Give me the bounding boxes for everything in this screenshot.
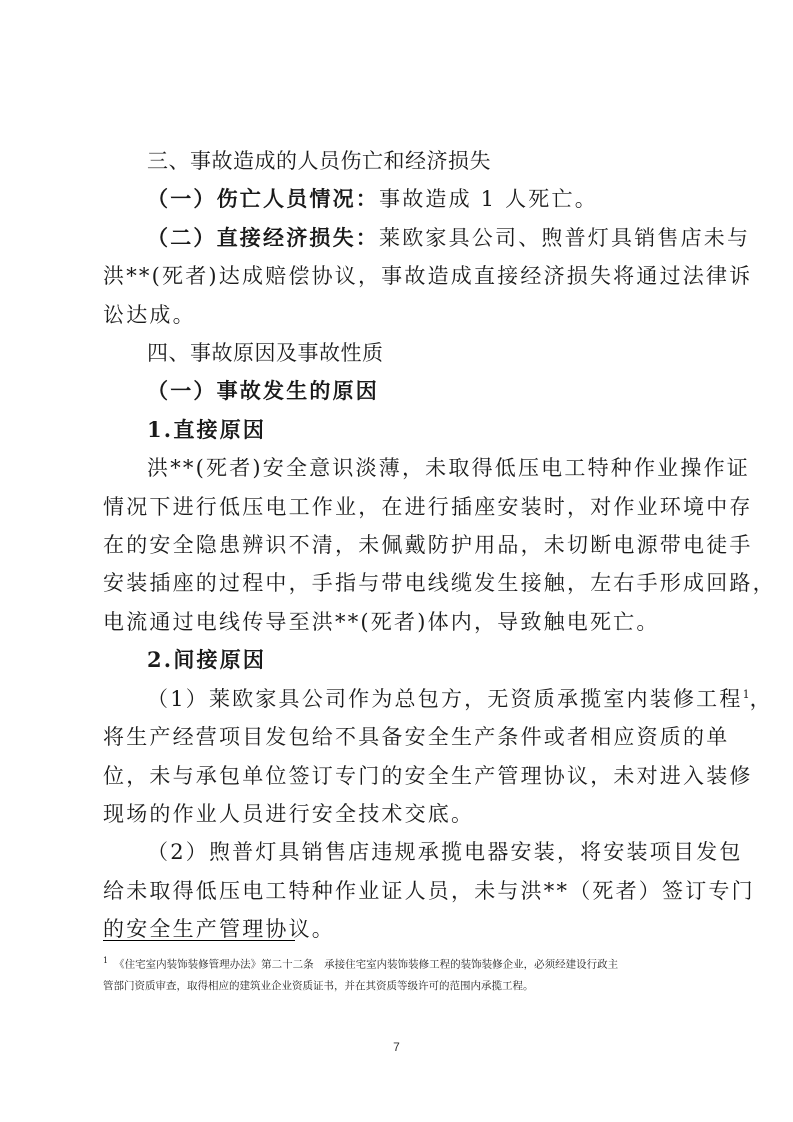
footnote-line-1: 1《住宅室内装饰装修管理办法》第二十二条 承接住宅室内装饰装修工程的装饰装修企业… bbox=[103, 950, 693, 976]
indirect-item1-line-4: 现场的作业人员进行安全技术交底。 bbox=[103, 795, 691, 833]
economic-loss-label: （二）直接经济损失： bbox=[147, 225, 379, 250]
footnote-ref[interactable]: 1 bbox=[743, 688, 750, 701]
indirect-item2-line-3: 的安全生产管理协议。 bbox=[103, 910, 691, 948]
indirect-item1-text: （1）莱欧家具公司作为总包方，无资质承揽室内装修工程 bbox=[147, 687, 743, 711]
casualties-paragraph: （一）伤亡人员情况：事故造成 1 人死亡。 bbox=[103, 180, 691, 218]
indirect-item2-line-1: （2）煦普灯具销售店违规承揽电器安装，将安装项目发包 bbox=[103, 833, 691, 871]
direct-cause-heading: 1.直接原因 bbox=[103, 411, 691, 449]
section-heading-3: 三、事故造成的人员伤亡和经济损失 bbox=[103, 142, 691, 180]
section-heading-4: 四、事故原因及事故性质 bbox=[103, 334, 691, 372]
footnote: 1《住宅室内装饰装修管理办法》第二十二条 承接住宅室内装饰装修工程的装饰装修企业… bbox=[103, 950, 693, 997]
economic-loss-line-2: 洪**(死者)达成赔偿协议，事故造成直接经济损失将通过法律诉 bbox=[103, 257, 691, 295]
direct-cause-line-2: 情况下进行低压电工作业，在进行插座安装时，对作业环境中存 bbox=[103, 488, 691, 526]
footnote-number: 1 bbox=[103, 956, 108, 965]
document-body: 三、事故造成的人员伤亡和经济损失 （一）伤亡人员情况：事故造成 1 人死亡。 （… bbox=[103, 142, 691, 949]
footnote-text-1: 《住宅室内装饰装修管理办法》第二十二条 承接住宅室内装饰装修工程的装饰装修企业，… bbox=[114, 959, 618, 971]
casualties-label: （一）伤亡人员情况： bbox=[147, 186, 379, 211]
economic-loss-line-1: （二）直接经济损失：莱欧家具公司、煦普灯具销售店未与 bbox=[103, 219, 691, 257]
page-number: 7 bbox=[0, 1040, 793, 1054]
indirect-cause-heading: 2.间接原因 bbox=[103, 641, 691, 679]
indirect-item2-line-2: 给未取得低压电工特种作业证人员，未与洪**（死者）签订专门 bbox=[103, 872, 691, 910]
direct-cause-line-1: 洪**(死者)安全意识淡薄，未取得低压电工特种作业操作证 bbox=[103, 449, 691, 487]
casualties-text: 事故造成 1 人死亡。 bbox=[379, 187, 598, 211]
direct-cause-line-4: 安装插座的过程中，手指与带电线缆发生接触，左右手形成回路， bbox=[103, 564, 691, 602]
indirect-item1-line-3: 位，未与承包单位签订专门的安全生产管理协议，未对进入装修 bbox=[103, 757, 691, 795]
indirect-item1-line-1: （1）莱欧家具公司作为总包方，无资质承揽室内装修工程1， bbox=[103, 680, 691, 718]
economic-loss-text: 莱欧家具公司、煦普灯具销售店未与 bbox=[379, 226, 750, 250]
direct-cause-line-3: 在的安全隐患辨识不清，未佩戴防护用品，未切断电源带电徒手 bbox=[103, 526, 691, 564]
indirect-item1-line-2: 将生产经营项目发包给不具备安全生产条件或者相应资质的单 bbox=[103, 718, 691, 756]
subsection-heading-causes: （一）事故发生的原因 bbox=[103, 372, 691, 410]
direct-cause-line-5: 电流通过电线传导至洪**(死者)体内，导致触电死亡。 bbox=[103, 603, 691, 641]
economic-loss-line-3: 讼达成。 bbox=[103, 296, 691, 334]
footnote-separator bbox=[103, 940, 295, 941]
footnote-line-2: 管部门资质审查，取得相应的建筑业企业资质证书，并在其资质等级许可的范围内承揽工程… bbox=[103, 976, 693, 997]
indirect-item1-punct: ， bbox=[750, 687, 773, 711]
